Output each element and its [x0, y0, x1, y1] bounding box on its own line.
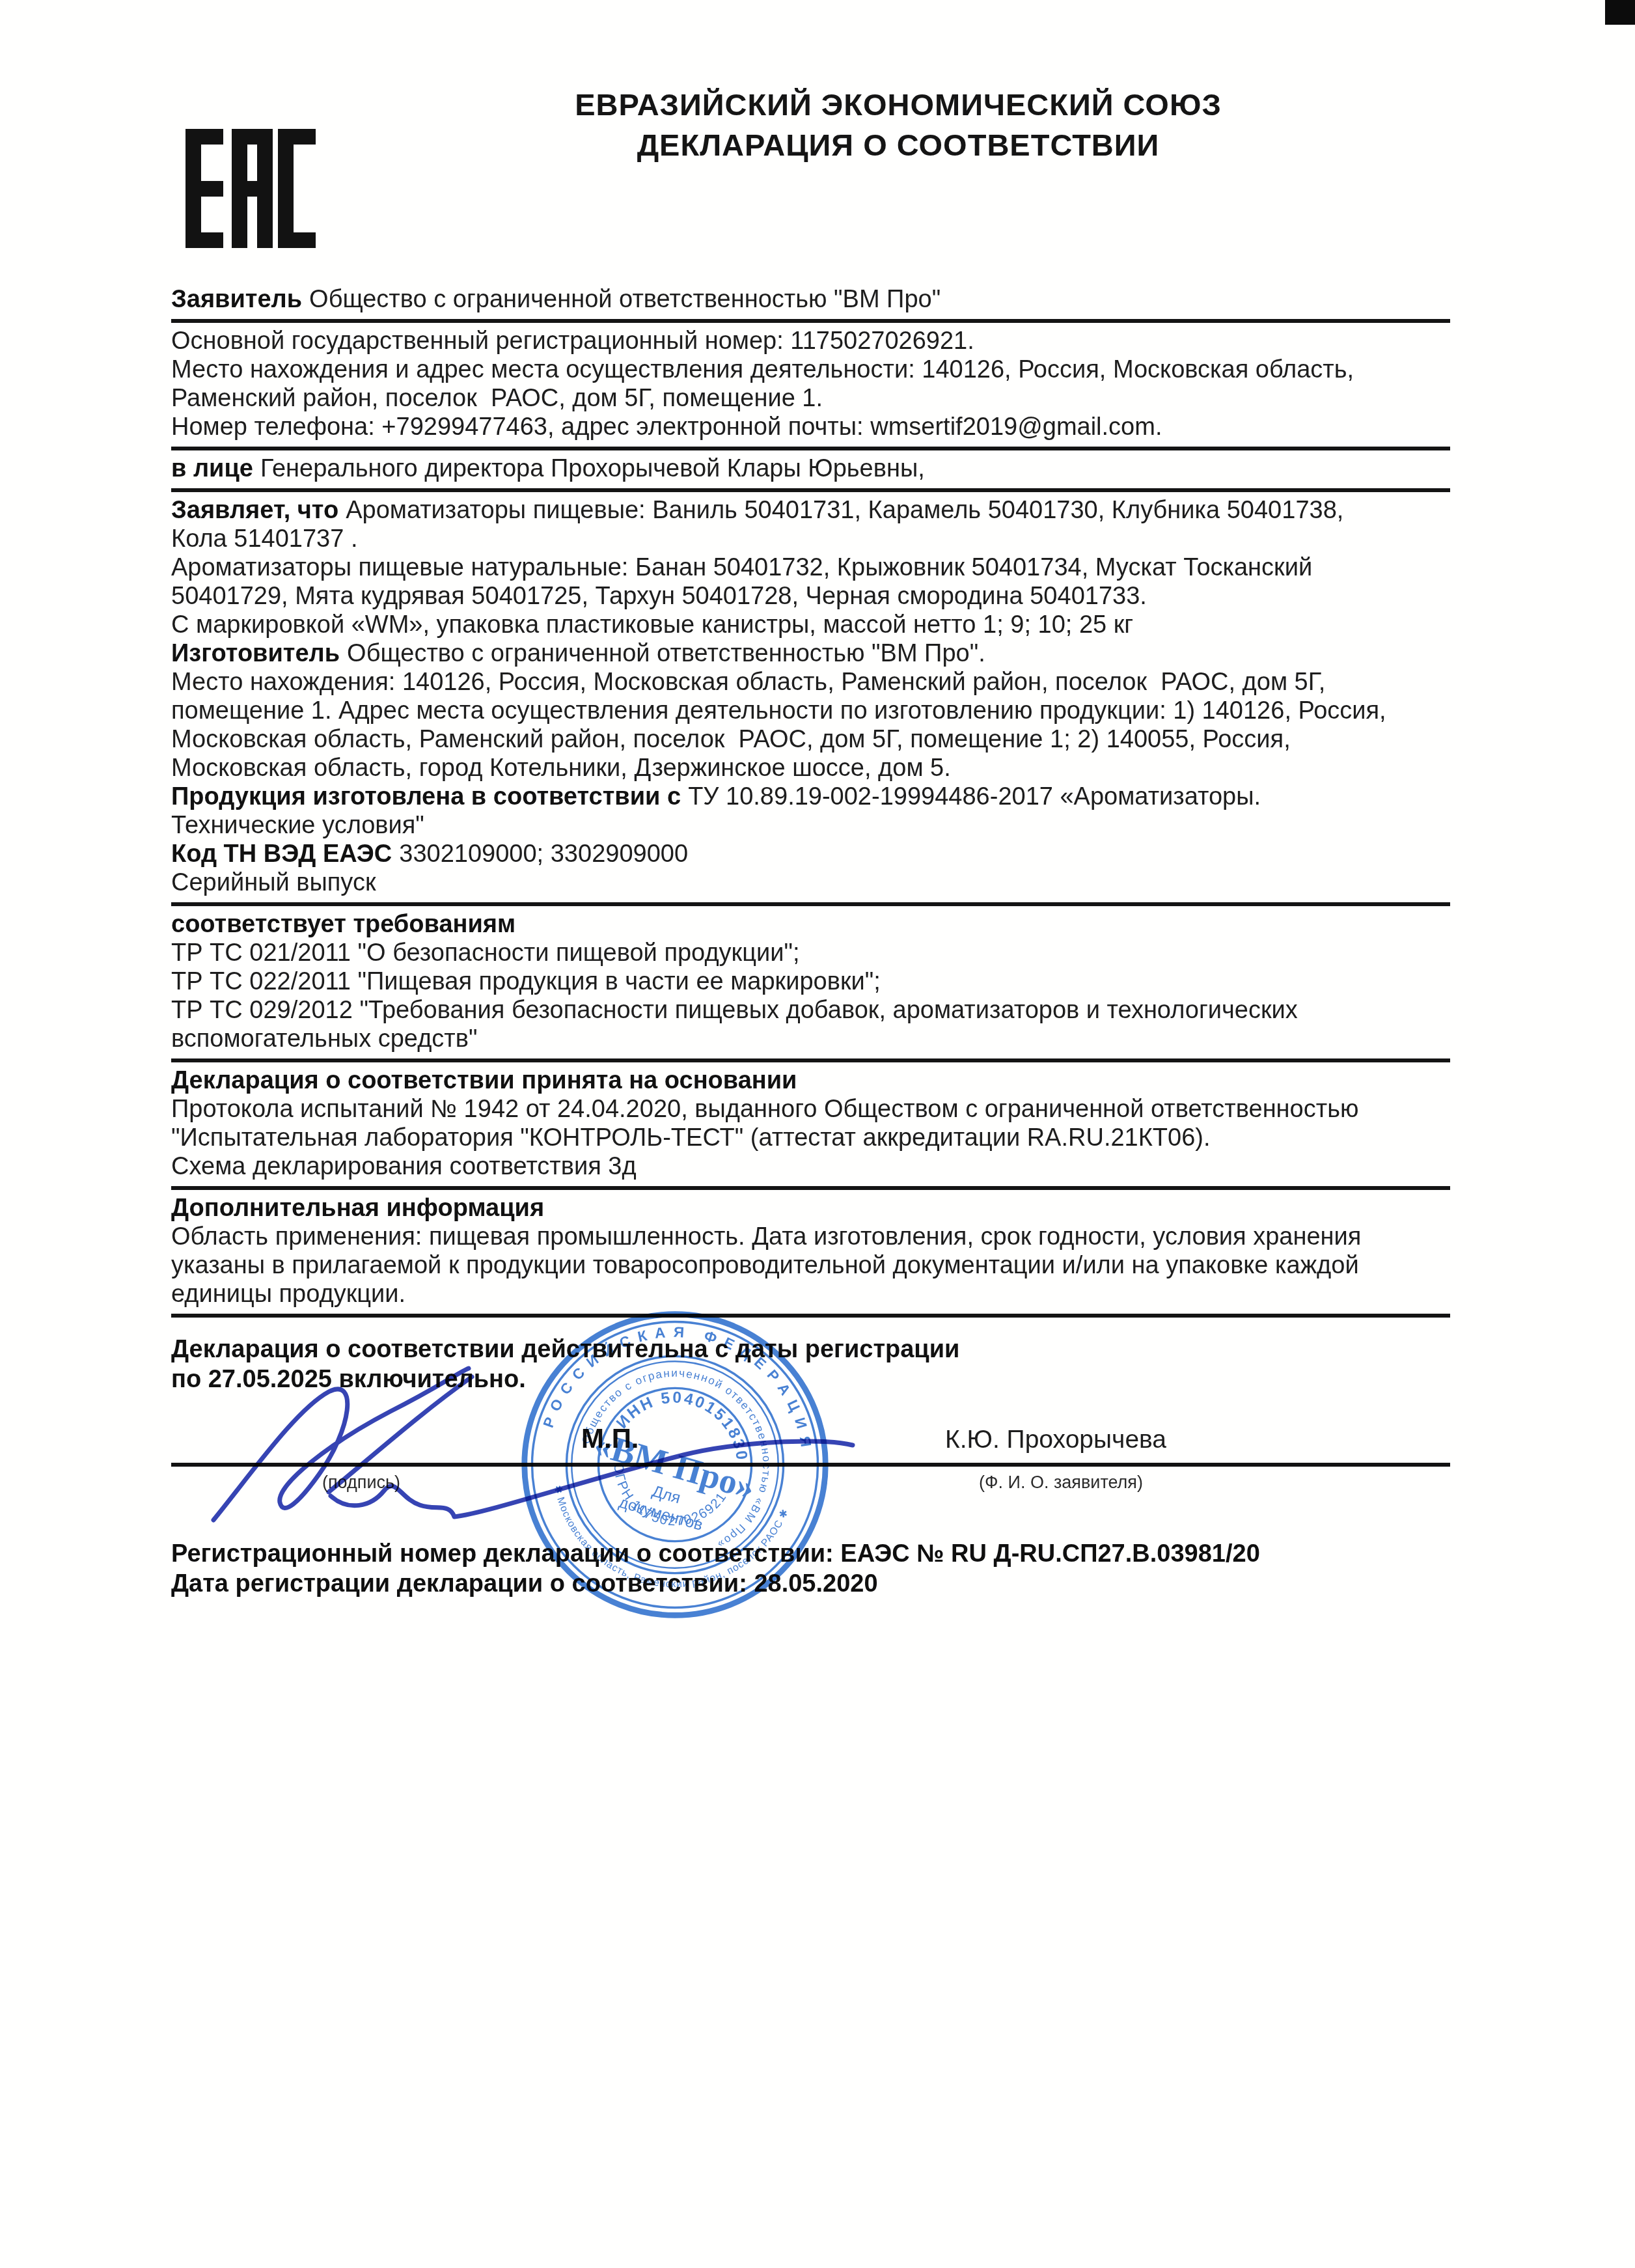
- applicant-signed-name: К.Ю. Прохорычева: [945, 1426, 1166, 1454]
- document-title: ЕВРАЗИЙСКИЙ ЭКОНОМИЧЕСКИЙ СОЮЗ ДЕКЛАРАЦИ…: [247, 85, 1549, 165]
- tnved-row: Код ТН ВЭД ЕАЭС3302109000; 3302909000: [171, 840, 1450, 868]
- section-divider: [171, 902, 1450, 906]
- manufacturer-line: помещение 1. Адрес места осуществления д…: [171, 697, 1450, 725]
- complies-line: вспомогательных средств": [171, 1025, 1450, 1053]
- section-divider: [171, 447, 1450, 450]
- manufacturer-line: Место нахождения: 140126, Россия, Москов…: [171, 668, 1450, 697]
- complies-line: ТР ТС 022/2011 "Пищевая продукция в част…: [171, 967, 1450, 996]
- applicant-line: Раменский район, поселок РАОС, дом 5Г, п…: [171, 384, 1450, 413]
- basis-line: Протокола испытаний № 1942 от 24.04.2020…: [171, 1095, 1450, 1124]
- in-person-value: Генерального директора Прохорычевой Клар…: [260, 455, 925, 482]
- complies-line: ТР ТС 021/2011 "О безопасности пищевой п…: [171, 939, 1450, 967]
- in-person-row: в лицеГенерального директора Прохорычево…: [171, 454, 1450, 483]
- declares-line: 50401729, Мята кудрявая 50401725, Тархун…: [171, 582, 1450, 611]
- fio-caption: (Ф. И. О. заявителя): [937, 1473, 1185, 1493]
- section-divider: [171, 1186, 1450, 1190]
- applicant-row: ЗаявительОбщество с ограниченной ответст…: [171, 285, 1450, 314]
- applicant-line: Номер телефона: +79299477463, адрес элек…: [171, 413, 1450, 441]
- produced-line2: Технические условия": [171, 811, 1450, 840]
- additional-line: указаны в прилагаемой к продукции товаро…: [171, 1251, 1450, 1280]
- additional-line: Область применения: пищевая промышленнос…: [171, 1223, 1450, 1251]
- declares-line: Кола 51401737 .: [171, 525, 1450, 553]
- declares-line: Ароматизаторы пищевые натуральные: Банан…: [171, 553, 1450, 582]
- complies-line: ТР ТС 029/2012 "Требования безопасности …: [171, 996, 1450, 1025]
- section-divider: [171, 319, 1450, 323]
- applicant-value: Общество с ограниченной ответственностью…: [309, 286, 941, 313]
- manufacturer-value: Общество с ограниченной ответственностью…: [347, 640, 985, 667]
- manufacturer-line: Московская область, Раменский район, пос…: [171, 725, 1450, 754]
- serial-row: Серийный выпуск: [171, 868, 1450, 897]
- title-line1: ЕВРАЗИЙСКИЙ ЭКОНОМИЧЕСКИЙ СОЮЗ: [247, 85, 1549, 125]
- produced-label: Продукция изготовлена в соответствии с: [171, 783, 688, 810]
- manufacturer-line: Московская область, город Котельники, Дз…: [171, 754, 1450, 782]
- complies-label: соответствует требованиям: [171, 910, 1450, 939]
- declares-row: Заявляет, чтоАроматизаторы пищевые: Вани…: [171, 496, 1450, 525]
- company-stamp: РОССИЙСКАЯ ФЕДЕРАЦИЯ ✱ Московская област…: [515, 1305, 834, 1624]
- declares-value: Ароматизаторы пищевые: Ваниль 50401731, …: [346, 497, 1343, 524]
- document-body: ЗаявительОбщество с ограниченной ответст…: [171, 285, 1450, 1321]
- basis-label: Декларация о соответствии принята на осн…: [171, 1066, 1450, 1095]
- basis-line: "Испытательная лаборатория "КОНТРОЛЬ-ТЕС…: [171, 1124, 1450, 1152]
- manufacturer-row: ИзготовительОбщество с ограниченной отве…: [171, 639, 1450, 668]
- declares-label: Заявляет, что: [171, 497, 346, 524]
- section-divider: [171, 1058, 1450, 1062]
- produced-row: Продукция изготовлена в соответствии сТУ…: [171, 782, 1450, 811]
- applicant-label: Заявитель: [171, 286, 309, 313]
- basis-line: Схема декларирования соответствия 3д: [171, 1152, 1450, 1181]
- in-person-label: в лице: [171, 455, 260, 482]
- scan-artifact: [1605, 0, 1635, 25]
- additional-line: единицы продукции.: [171, 1280, 1450, 1308]
- title-line2: ДЕКЛАРАЦИЯ О СООТВЕТСТВИИ: [247, 125, 1549, 165]
- declares-line: С маркировкой «WM», упаковка пластиковые…: [171, 611, 1450, 639]
- produced-value: ТУ 10.89.19-002-19994486-2017 «Ароматиза…: [688, 783, 1261, 810]
- tnved-value: 3302109000; 3302909000: [399, 840, 688, 868]
- additional-label: Дополнительная информация: [171, 1194, 1450, 1223]
- tnved-label: Код ТН ВЭД ЕАЭС: [171, 840, 399, 868]
- manufacturer-label: Изготовитель: [171, 640, 347, 667]
- applicant-line: Место нахождения и адрес места осуществл…: [171, 355, 1450, 384]
- declaration-document: ЕВРАЗИЙСКИЙ ЭКОНОМИЧЕСКИЙ СОЮЗ ДЕКЛАРАЦИ…: [0, 0, 1635, 2268]
- section-divider: [171, 488, 1450, 492]
- applicant-line: Основной государственный регистрационный…: [171, 327, 1450, 355]
